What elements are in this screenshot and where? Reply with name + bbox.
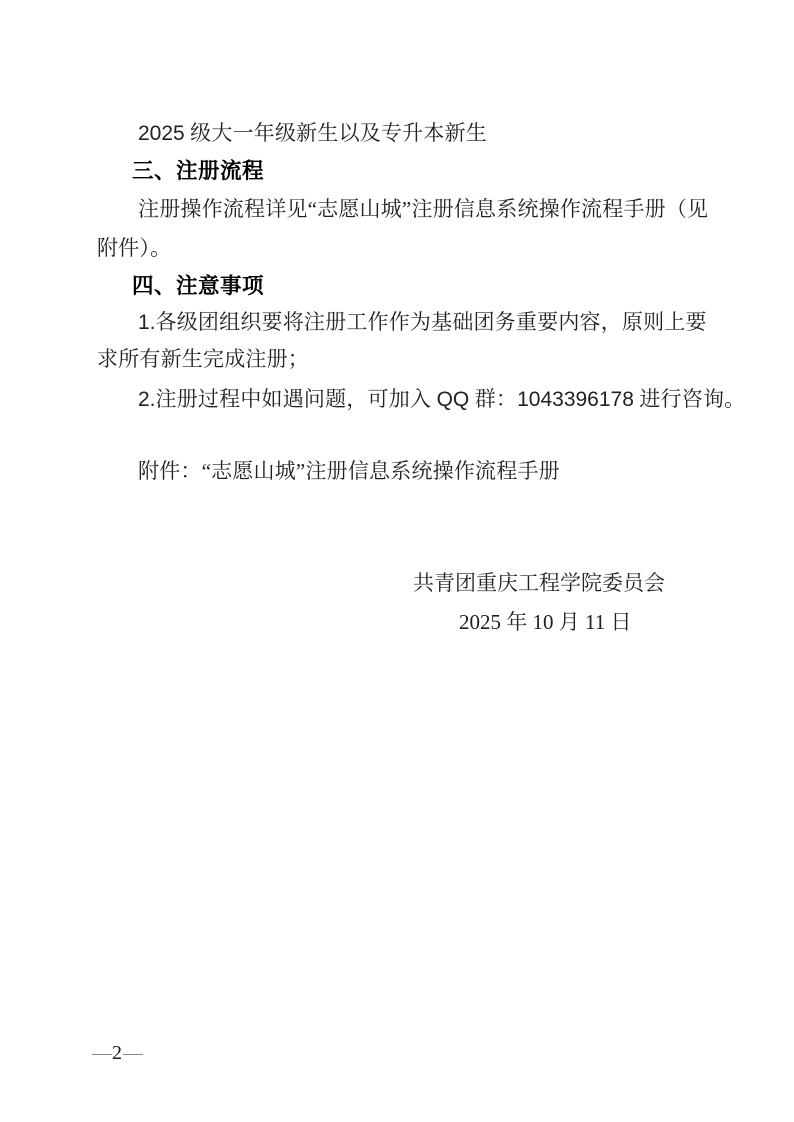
- section-3-paragraph-line-2: 附件）。: [97, 229, 709, 267]
- section-3-paragraph-line-1: 注册操作流程详见“志愿山城”注册信息系统操作流程手册（见: [97, 190, 750, 228]
- intro-year: 2025: [138, 122, 185, 145]
- date-year-unit: 年: [501, 610, 533, 634]
- intro-text: 级大一年级新生以及专升本新生: [185, 121, 487, 145]
- date-month: 10: [533, 610, 554, 634]
- date-year: 2025: [459, 610, 501, 634]
- date-day-unit: 日: [605, 610, 631, 634]
- item-2-text-2: 群：: [469, 387, 517, 411]
- section-3-heading: 三、注册流程: [97, 152, 744, 190]
- document-text-block: 2025 级大一年级新生以及专升本新生 三、注册流程 注册操作流程详见“志愿山城…: [97, 0, 709, 1122]
- item-1-number: 1.: [138, 311, 156, 334]
- attachment-line: 附件：“志愿山城”注册信息系统操作流程手册: [97, 452, 750, 490]
- item-2-text-3: 进行咨询。: [634, 387, 745, 411]
- issue-date: 2025 年 10 月 11 日: [459, 603, 631, 641]
- date-month-unit: 月: [554, 610, 586, 634]
- page-number-footer: —2—: [92, 1038, 142, 1068]
- issuer-signature: 共青团重庆工程学院委员会: [413, 564, 665, 602]
- notice-item-1-line-2: 求所有新生完成注册；: [97, 340, 709, 378]
- item-1-text: 各级团组织要将注册工作作为基础团务重要内容，原则上要: [156, 310, 707, 334]
- section-4-heading: 四、注意事项: [97, 267, 744, 305]
- document-page: 2025 级大一年级新生以及专升本新生 三、注册流程 注册操作流程详见“志愿山城…: [0, 0, 794, 1122]
- date-day: 11: [585, 610, 605, 634]
- item-2-number: 2.: [138, 388, 156, 411]
- qq-group-number: 1043396178: [517, 388, 634, 411]
- page-number-dash-right: —: [123, 1042, 142, 1064]
- notice-item-2-line: 2.注册过程中如遇问题，可加入 QQ 群：1043396178 进行咨询。: [97, 380, 750, 418]
- page-number: 2: [111, 1042, 123, 1064]
- item-2-text-1: 注册过程中如遇问题，可加入: [156, 387, 437, 411]
- page-number-dash-left: —: [92, 1042, 111, 1064]
- notice-item-1-line-1: 1.各级团组织要将注册工作作为基础团务重要内容，原则上要: [97, 303, 750, 341]
- qq-label: QQ: [437, 388, 470, 411]
- intro-continuation-line: 2025 级大一年级新生以及专升本新生: [97, 114, 750, 152]
